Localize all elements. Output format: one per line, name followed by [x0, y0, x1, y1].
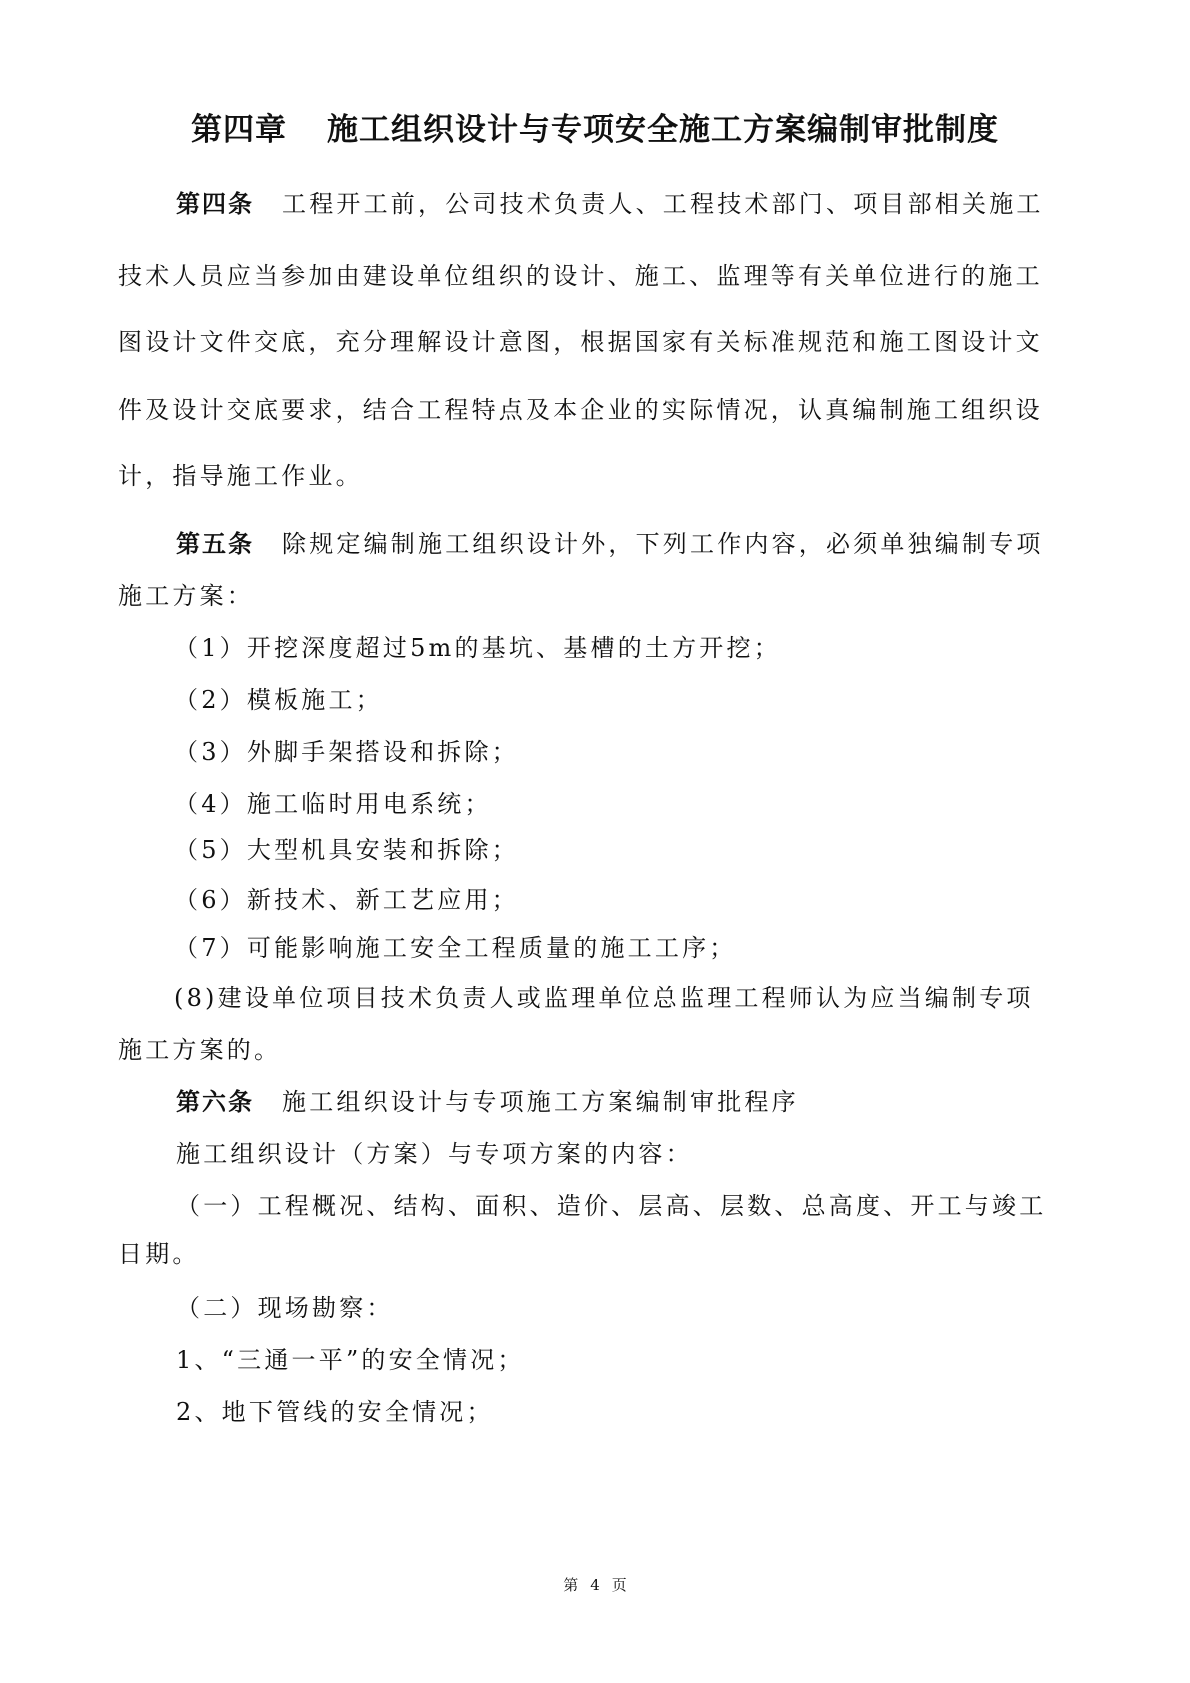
article-6-line-6: 1、“三通一平”的安全情况； [176, 1340, 525, 1375]
page-suffix: 页 [612, 1576, 627, 1594]
article-text: 施工组织设计与专项施工方案编制审批程序 [282, 1088, 799, 1116]
article-6-line-1: 第六条施工组织设计与专项施工方案编制审批程序 [176, 1082, 799, 1117]
article-5-line-1: 第五条除规定编制施工组织设计外，下列工作内容，必须单独编制专项 [176, 524, 1044, 559]
list-item-2: （2）模板施工； [174, 680, 383, 715]
article-4-label: 第四条 [176, 189, 254, 218]
article-4-line-2: 技术人员应当参加由建设单位组织的设计、施工、监理等有关单位进行的施工 [118, 256, 1043, 291]
article-5-label: 第五条 [176, 529, 254, 558]
article-5-line-2: 施工方案： [118, 576, 254, 611]
article-4-line-5: 计，指导施工作业。 [118, 456, 363, 491]
page-number: 4 [590, 1576, 600, 1594]
list-item-5: （5）大型机具安装和拆除； [174, 830, 519, 865]
article-6-line-7: 2、地下管线的安全情况； [176, 1392, 494, 1427]
article-text: 工程开工前，公司技术负责人、工程技术部门、项目部相关施工 [282, 190, 1044, 218]
chapter-title: 第四章施工组织设计与专项安全施工方案编制审批制度 [0, 104, 1190, 149]
article-text: 除规定编制施工组织设计外，下列工作内容，必须单独编制专项 [282, 530, 1044, 558]
article-6-line-3: （一）工程概况、结构、面积、造价、层高、层数、总高度、开工与竣工 [176, 1186, 1046, 1221]
article-4-line-4: 件及设计交底要求，结合工程特点及本企业的实际情况，认真编制施工组织设 [118, 390, 1043, 425]
list-item-4: （4）施工临时用电系统； [174, 784, 492, 819]
list-item-7: （7）可能影响施工安全工程质量的施工工序； [174, 928, 736, 963]
list-item-8-cont: 施工方案的。 [118, 1030, 281, 1065]
list-item-6: （6）新技术、新工艺应用； [174, 880, 519, 915]
chapter-number: 第四章 [191, 112, 287, 148]
article-6-line-2: 施工组织设计（方案）与专项方案的内容： [176, 1134, 693, 1169]
page-footer: 第4页 [0, 1574, 1190, 1595]
list-item-1: （1）开挖深度超过5m的基坑、基槽的土方开挖； [174, 628, 781, 663]
article-6-line-5: （二）现场勘察： [176, 1288, 394, 1323]
article-4-line-3: 图设计文件交底，充分理解设计意图，根据国家有关标准规范和施工图设计文 [118, 322, 1043, 357]
page-prefix: 第 [563, 1576, 578, 1594]
chapter-title-text: 施工组织设计与专项安全施工方案编制审批制度 [327, 112, 999, 148]
article-6-line-4: 日期。 [118, 1234, 200, 1269]
article-4-line-1: 第四条工程开工前，公司技术负责人、工程技术部门、项目部相关施工 [176, 184, 1044, 219]
list-item-8: (8)建设单位项目技术负责人或监理单位总监理工程师认为应当编制专项 [174, 978, 1034, 1013]
article-6-label: 第六条 [176, 1087, 254, 1116]
list-item-3: （3）外脚手架搭设和拆除； [174, 732, 519, 767]
